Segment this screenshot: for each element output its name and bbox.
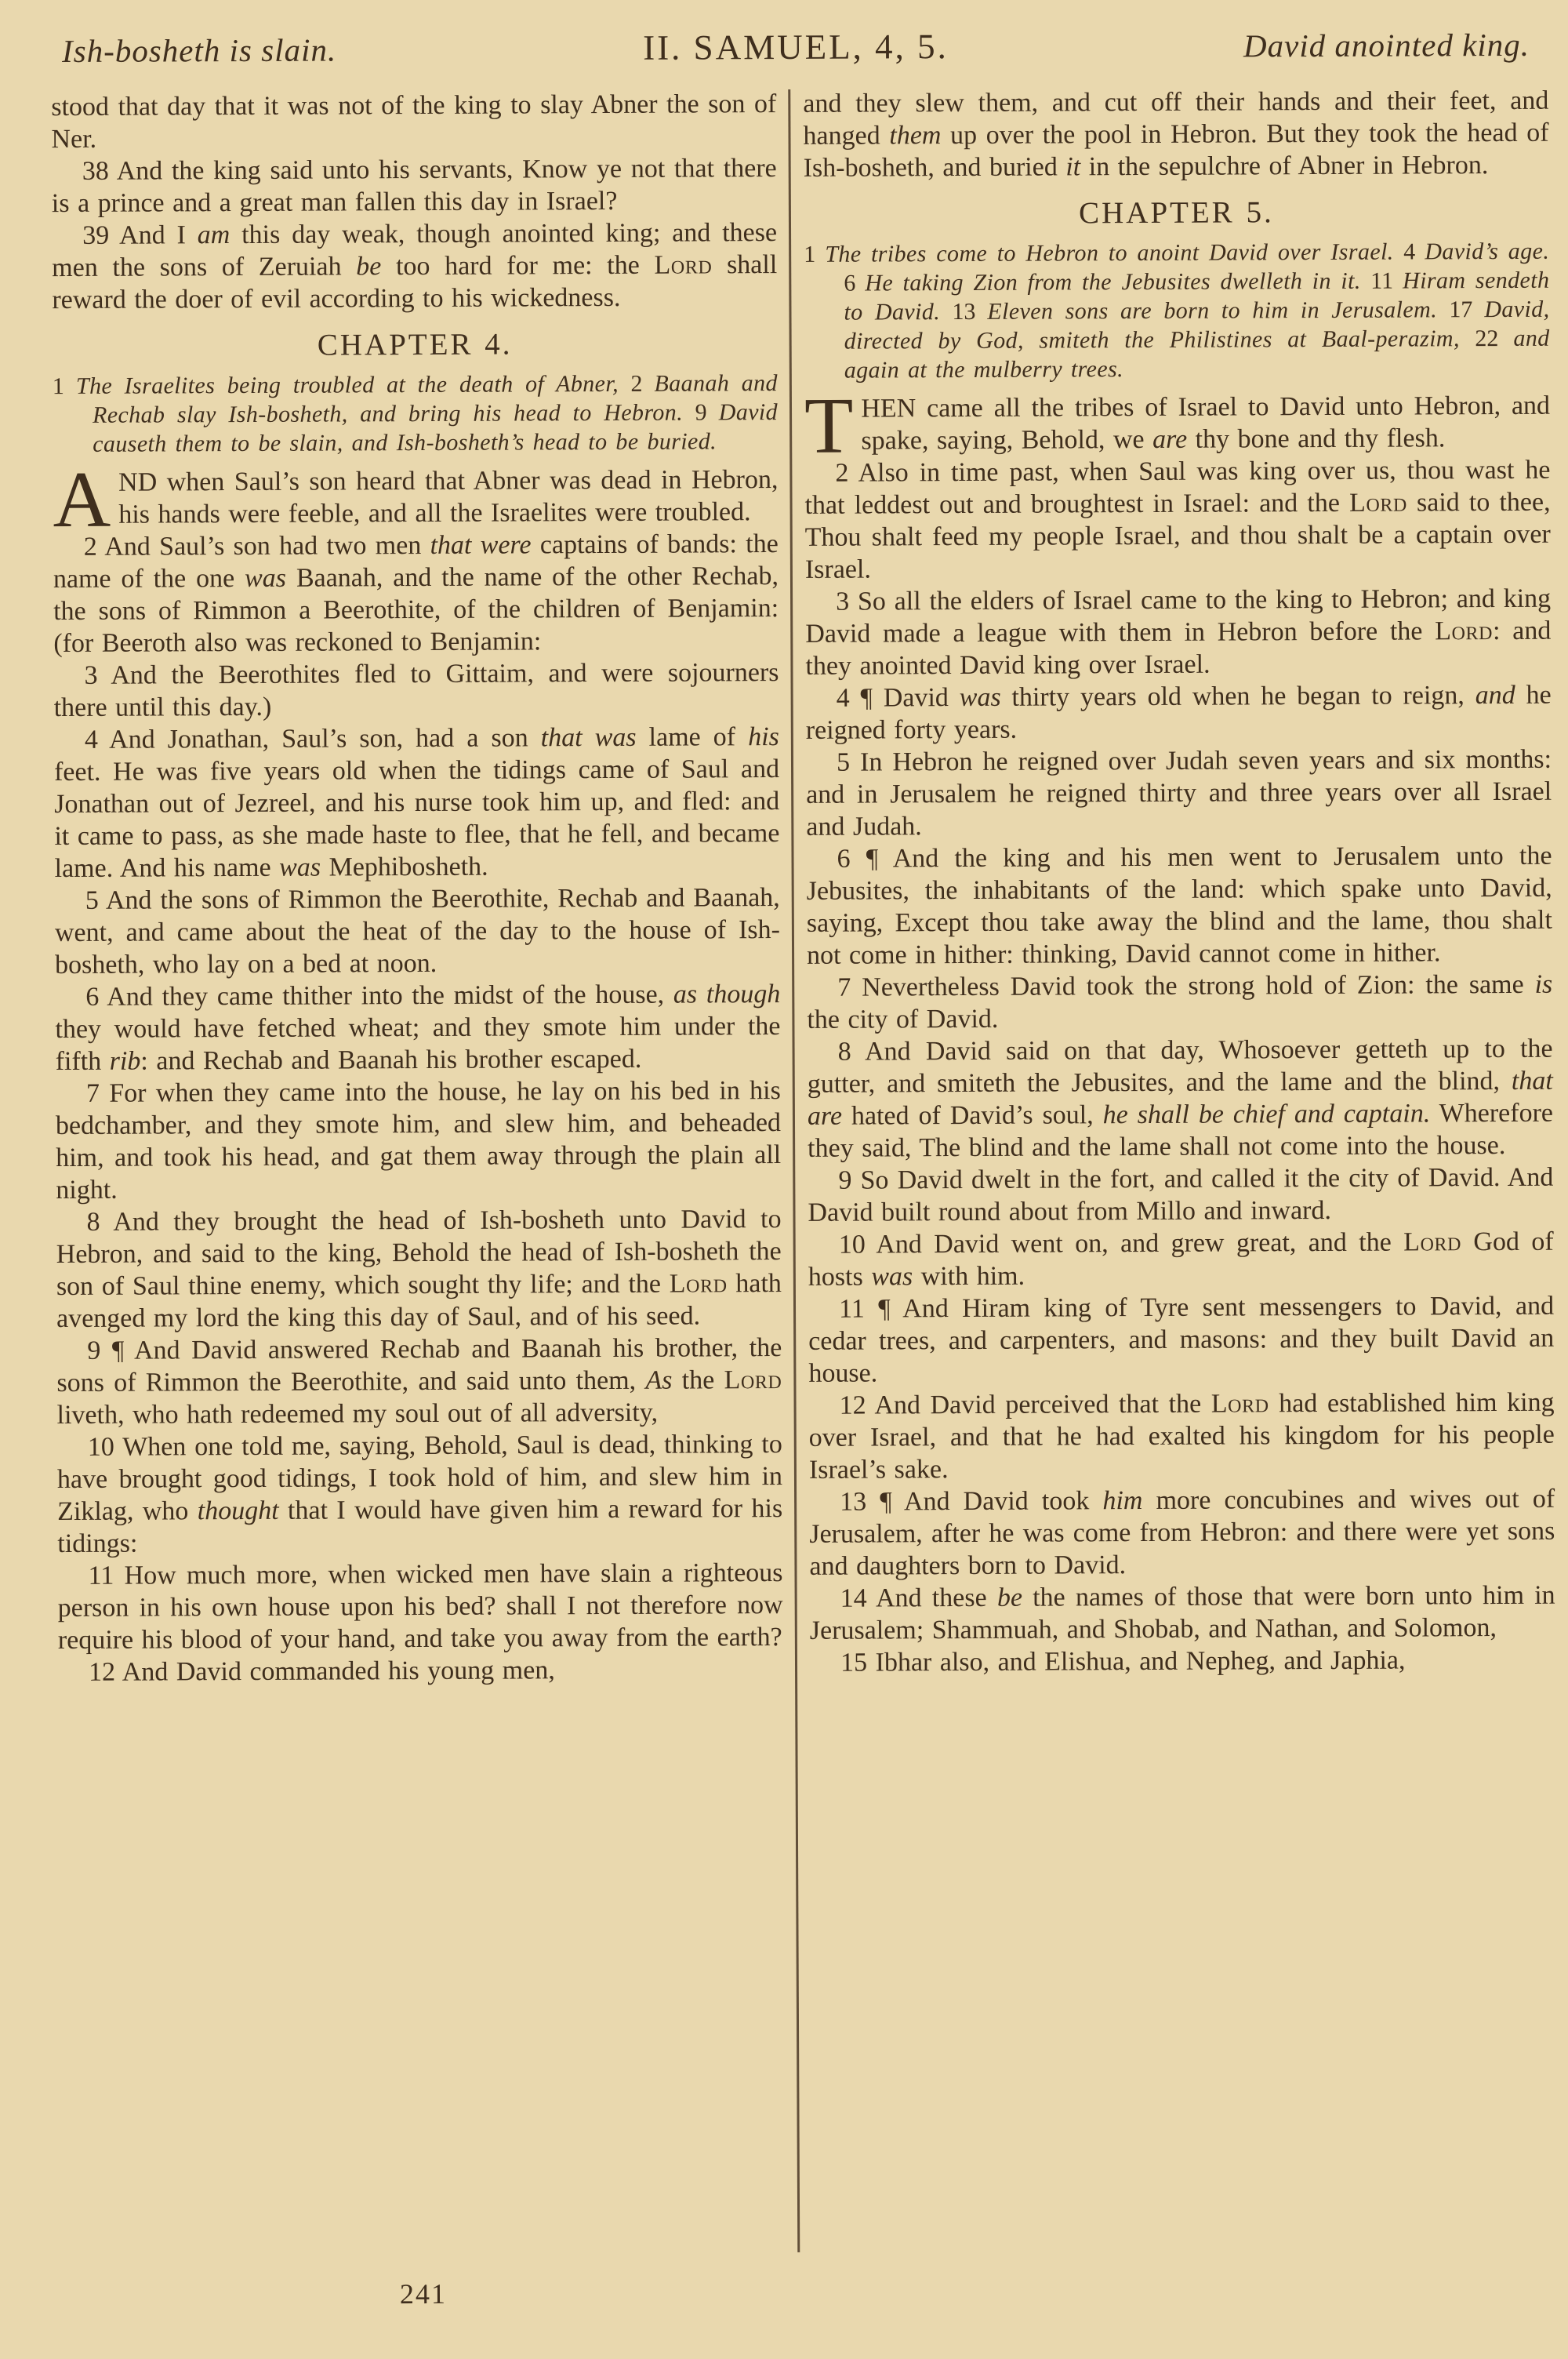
text-segment: 38 And the king said unto his servants, … <box>52 154 777 218</box>
text-segment: Lord <box>724 1365 782 1394</box>
dropcap-verse: AND when Saul’s son heard that Abner was… <box>53 463 778 531</box>
text-segment: Lord <box>654 250 712 279</box>
text-segment: Eleven sons are born to him in Jerusalem… <box>987 296 1449 325</box>
text-segment: 8 And David said on that day, Whosoever … <box>808 1034 1553 1099</box>
verse-paragraph: 39 And I am this day weak, though anoint… <box>52 216 778 316</box>
text-segment: 2 <box>630 371 654 397</box>
chapter-heading: CHAPTER 5. <box>804 195 1549 231</box>
verse-paragraph: 11 How much more, when wicked men have s… <box>57 1557 783 1656</box>
text-segment: are <box>1152 425 1187 454</box>
text-segment: 1 <box>53 373 76 399</box>
text-segment: 2 And Saul’s son had two men <box>84 531 430 562</box>
text-segment: it <box>1065 152 1080 181</box>
text-segment: 11 How much more, when wicked men have s… <box>58 1558 783 1655</box>
text-segment: 5 In Hebron he reigned over Judah seven … <box>806 745 1552 841</box>
text-segment: Lord <box>1403 1227 1461 1256</box>
text-segment: was <box>245 564 286 593</box>
verse-paragraph: 8 And David said on that day, Whosoever … <box>808 1033 1554 1165</box>
text-segment: that was <box>541 723 637 753</box>
text-segment: 13 ¶ And David took <box>840 1486 1102 1516</box>
text-segment: lame of <box>636 722 748 752</box>
text-segment: 7 Nevertheless David took the strong hol… <box>837 970 1534 1002</box>
text-segment: thirty years old when he began to reign, <box>1001 681 1475 712</box>
verse-paragraph: 13 ¶ And David took him more concubines … <box>809 1483 1555 1583</box>
text-segment: 39 And I <box>82 220 198 250</box>
left-column: stood that day that it was not of the ki… <box>51 88 786 2255</box>
running-head: Ish-bosheth is slain. II. SAMUEL, 4, 5. … <box>51 24 1550 71</box>
text-segment: 9 <box>695 399 719 425</box>
text-segment: hated of David’s soul, <box>842 1100 1103 1130</box>
verse-paragraph: 7 For when they came into the house, he … <box>56 1074 782 1206</box>
text-segment: 11 <box>1370 268 1403 294</box>
text-segment: stood that day that it was not of the ki… <box>51 89 776 154</box>
verse-paragraph: 3 And the Beerothites fled to Gittaim, a… <box>53 656 779 724</box>
verse-paragraph: 7 Nevertheless David took the strong hol… <box>807 969 1552 1036</box>
text-segment: He taking Zion from the Jebusites dwelle… <box>865 268 1370 296</box>
text-segment: Lord <box>1211 1389 1269 1418</box>
text-segment: 12 And David perceived that the <box>840 1390 1211 1420</box>
text-segment: 4 And Jonathan, Saul’s son, had a son <box>85 723 541 754</box>
verse-paragraph: 38 And the king said unto his servants, … <box>52 152 777 220</box>
drop-cap: T <box>804 393 862 457</box>
text-columns: stood that day that it was not of the ki… <box>51 85 1559 2255</box>
text-segment: 6 <box>844 271 865 296</box>
text-segment: and <box>1475 681 1515 710</box>
verse-paragraph: 15 Ibhar also, and Elishua, and Nepheg, … <box>810 1644 1555 1679</box>
text-segment: thy bone and thy flesh. <box>1187 423 1445 453</box>
verse-paragraph: 12 And David commanded his young men, <box>58 1653 783 1688</box>
text-segment: 3 And the Beerothites fled to Gittaim, a… <box>54 658 779 722</box>
chapter-summary: 1 The tribes come to Hebron to anoint Da… <box>804 237 1550 385</box>
text-segment: ND when Saul’s son heard that Abner was … <box>118 465 778 529</box>
text-segment: 22 <box>1475 325 1513 351</box>
chapter-summary: 1 The Israelites being troubled at the d… <box>53 369 778 459</box>
text-segment: 12 And David commanded his young men, <box>89 1656 555 1687</box>
text-segment: 1 <box>804 242 825 267</box>
continuation-paragraph: stood that day that it was not of the ki… <box>51 88 776 155</box>
text-segment: 6 And they came thither into the midst o… <box>85 980 673 1012</box>
text-segment: 7 For when they came into the house, he … <box>56 1076 781 1205</box>
verse-paragraph: 2 And Saul’s son had two men that were c… <box>53 528 779 660</box>
running-head-left: Ish-bosheth is slain. <box>62 30 564 70</box>
verse-paragraph: 10 And David went on, and grew great, an… <box>808 1226 1554 1293</box>
text-segment: 10 And David went on, and grew great, an… <box>839 1228 1404 1259</box>
verse-paragraph: 14 And these be the names of those that … <box>810 1579 1555 1647</box>
chapter-heading: CHAPTER 4. <box>53 327 778 362</box>
text-segment: the city of David. <box>807 1005 998 1034</box>
text-segment: 17 <box>1449 296 1484 322</box>
text-segment: The tribes come to Hebron to anoint Davi… <box>825 239 1403 267</box>
bible-page: Ish-bosheth is slain. II. SAMUEL, 4, 5. … <box>0 0 1568 2359</box>
text-segment: him <box>1102 1486 1142 1515</box>
text-segment: liveth, who hath redeemed my soul out of… <box>57 1398 659 1430</box>
text-segment: 4 <box>1403 238 1425 264</box>
verse-paragraph: 5 In Hebron he reigned over Judah seven … <box>806 743 1552 843</box>
text-segment: be <box>997 1583 1022 1612</box>
running-head-right: David anointed king. <box>1028 26 1530 66</box>
verse-paragraph: 4 ¶ David was thirty years old when he b… <box>806 679 1552 747</box>
text-segment: his <box>748 722 779 751</box>
text-segment: 14 And these <box>840 1583 997 1613</box>
text-segment: thought <box>198 1496 279 1525</box>
verse-paragraph: 5 And the sons of Rimmon the Beerothite,… <box>55 881 781 981</box>
text-segment: 6 ¶ And the king and his men went to Jer… <box>807 841 1552 970</box>
verse-paragraph: 10 When one told me, saying, Behold, Sau… <box>57 1428 783 1560</box>
text-segment: rib <box>110 1047 141 1076</box>
verse-paragraph: 11 ¶ And Hiram king of Tyre sent messeng… <box>808 1290 1555 1390</box>
verse-paragraph: 2 Also in time past, when Saul was king … <box>804 454 1551 586</box>
text-segment: the <box>672 1365 724 1394</box>
verse-paragraph: 9 So David dwelt in the fort, and called… <box>808 1161 1553 1229</box>
text-segment: was <box>871 1262 913 1291</box>
text-segment: Lord <box>670 1269 728 1298</box>
text-segment: 9 So David dwelt in the fort, and called… <box>808 1163 1553 1227</box>
verse-paragraph: 4 And Jonathan, Saul’s son, had a son th… <box>54 721 780 885</box>
text-segment: Lord <box>1435 616 1493 645</box>
verse-paragraph: 8 And they brought the head of Ish-boshe… <box>56 1203 782 1335</box>
text-segment: with him. <box>913 1262 1025 1292</box>
text-segment: 13 <box>952 299 987 325</box>
verse-paragraph: 6 And they came thither into the midst o… <box>55 978 781 1078</box>
drop-cap: A <box>53 467 118 531</box>
text-segment: am <box>198 220 230 249</box>
text-segment: The Israelites being troubled at the dea… <box>76 371 631 399</box>
text-segment: 11 ¶ And Hiram king of Tyre sent messeng… <box>808 1292 1554 1388</box>
text-segment: be <box>356 252 381 281</box>
text-segment: that were <box>430 530 531 560</box>
page-number: 241 <box>60 2276 786 2312</box>
verse-paragraph: 6 ¶ And the king and his men went to Jer… <box>806 840 1552 972</box>
text-segment: 5 And the sons of Rimmon the Beerothite,… <box>55 883 780 980</box>
text-segment: 4 ¶ David <box>837 683 960 713</box>
text-segment: too hard for me: the <box>381 251 654 282</box>
verse-paragraph: 12 And David perceived that the Lord had… <box>808 1387 1555 1486</box>
running-head-center: II. SAMUEL, 4, 5. <box>564 26 1028 69</box>
text-segment: was <box>960 683 1001 712</box>
text-segment: he shall be chief and captain. <box>1103 1099 1431 1129</box>
text-segment: Lord <box>1349 489 1407 518</box>
dropcap-verse: THEN came all the tribes of Israel to Da… <box>804 390 1550 457</box>
text-segment: David’s age. <box>1425 238 1549 265</box>
text-segment: in the sepulchre of Abner in Hebron. <box>1080 151 1488 181</box>
text-segment: was <box>279 853 321 882</box>
verse-paragraph: 9 ¶ And David answered Rechab and Baanah… <box>56 1332 782 1431</box>
right-column: and they slew them, and cut off their ha… <box>803 85 1558 2252</box>
text-segment: is <box>1534 970 1552 999</box>
text-segment: 15 Ibhar also, and Elishua, and Nepheg, … <box>840 1646 1406 1677</box>
text-segment: as though <box>673 980 781 1009</box>
verse-paragraph: 3 So all the elders of Israel came to th… <box>805 583 1552 682</box>
text-segment: them <box>889 121 941 150</box>
text-segment: Mephibosheth. <box>321 852 488 882</box>
text-segment: : and Rechab and Baanah his brother esca… <box>140 1045 641 1076</box>
text-segment: As <box>645 1366 672 1395</box>
continuation-paragraph: and they slew them, and cut off their ha… <box>803 85 1549 184</box>
column-divider <box>788 89 800 2252</box>
